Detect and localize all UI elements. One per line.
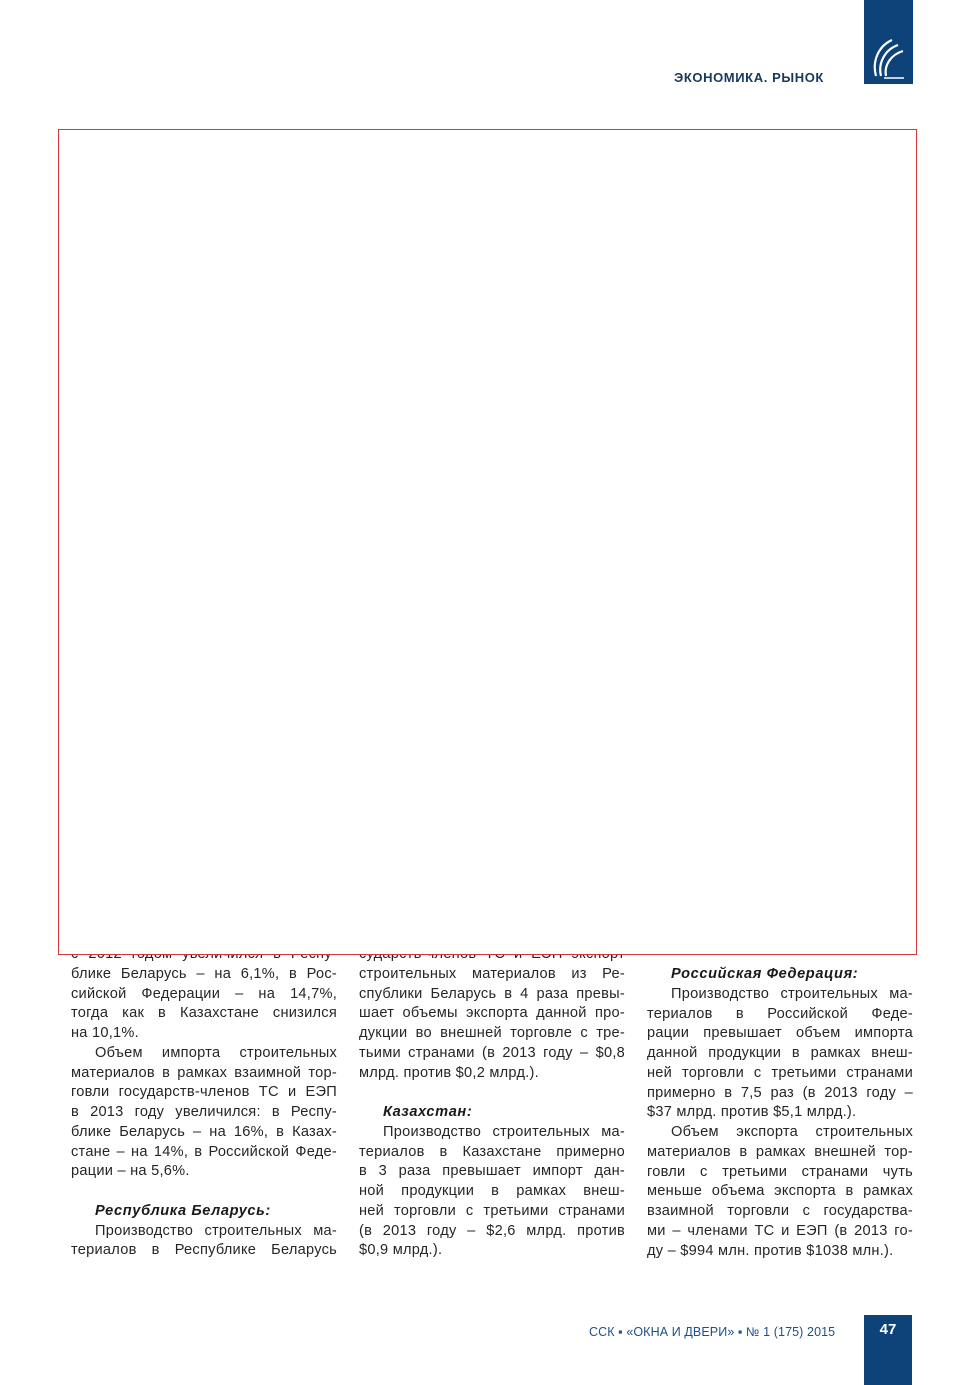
text-line: ной продукции в рамках внеш- (359, 1182, 625, 1202)
text-line: меньше объема экспорта в рамках (647, 1182, 913, 1202)
text-line: (в 2013 году – $2,6 млрд. против (359, 1222, 625, 1242)
text-line: примерно в 7,5 раз (в 2013 году – (647, 1084, 913, 1104)
text-line: в 2013 году увеличился: в Респу- (71, 1103, 337, 1123)
text-line: в 3 раза превышает импорт дан- (359, 1162, 625, 1182)
text-line: данной продукции в рамках внеш- (647, 1044, 913, 1064)
text-line: блике Беларусь – на 16%, в Казах- (71, 1123, 337, 1143)
text-line: ней торговли с третьими странами (359, 1202, 625, 1222)
text-line: блике Беларусь – на 6,1%, в Рос- (71, 965, 337, 985)
text-line: териалов в Казахстане примерно (359, 1143, 625, 1163)
text-line: шает объемы экспорта данной про- (359, 1004, 625, 1024)
text-line: ми – членами ТС и ЕЭП (в 2013 го- (647, 1222, 913, 1242)
text-line: взаимной торговли с государства- (647, 1202, 913, 1222)
text-line: ду – $994 млн. против $1038 млн.). (647, 1242, 913, 1262)
publication-footer: ССК ▪ «ОКНА И ДВЕРИ» ▪ № 1 (175) 2015 (589, 1325, 835, 1339)
text-line: сийской Федерации – на 14,7%, (71, 985, 337, 1005)
text-column-3: Российская Федерация: Производство строи… (647, 965, 913, 1261)
text-column-2: сударств-членов ТС и ЕЭП экспорт строите… (359, 945, 625, 1261)
section-title: ЭКОНОМИКА. РЫНОК (674, 70, 824, 85)
text-line: на 10,1%. (71, 1024, 337, 1044)
text-line: стане – на 14%, в Российской Феде- (71, 1143, 337, 1163)
text-line: тогда как в Казахстане снизился (71, 1004, 337, 1024)
text-line: Объем импорта строительных (71, 1044, 337, 1064)
text-line: рации – на 5,6%. (71, 1162, 337, 1182)
window-arcs-logo-icon (870, 36, 908, 80)
text-line: говли с третьими странами чуть (647, 1163, 913, 1183)
text-line: ней торговли с третьими странами (647, 1064, 913, 1084)
text-line: териалов в Республике Беларусь (71, 1241, 337, 1261)
text-line: материалов в рамках взаимной тор- (71, 1064, 337, 1084)
text-line: териалов в Российской Феде- (647, 1005, 913, 1025)
page-number-block: 47 (864, 1315, 912, 1385)
text-line: Производство строительных ма- (359, 1123, 625, 1143)
text-line: спублики Беларусь в 4 раза превы- (359, 985, 625, 1005)
redaction-box (58, 129, 917, 955)
text-line: строительных материалов из Ре- (359, 965, 625, 985)
text-line: материалов в рамках внешней тор- (647, 1143, 913, 1163)
text-line: тьими странами (в 2013 году – $0,8 (359, 1044, 625, 1064)
page-number: 47 (864, 1321, 912, 1338)
text-line: дукции во внешней торговле с тре- (359, 1024, 625, 1044)
text-line: $0,9 млрд.). (359, 1241, 625, 1261)
text-line: говли государств-членов ТС и ЕЭП (71, 1083, 337, 1103)
magazine-logo (864, 0, 913, 84)
subheading-kazakhstan: Казахстан: (383, 1103, 625, 1123)
text-line: Объем экспорта строительных (647, 1123, 913, 1143)
text-line: $37 млрд. против $5,1 млрд.). (647, 1103, 913, 1123)
subheading-russia: Российская Федерация: (671, 965, 913, 985)
text-line: млрд. против $0,2 млрд.). (359, 1064, 625, 1084)
subheading-belarus: Республика Беларусь: (95, 1202, 337, 1222)
text-line: Производство строительных ма- (647, 985, 913, 1005)
text-column-1: с 2012 годом увеличился в Респу- блике Б… (71, 945, 337, 1261)
text-line: Производство строительных ма- (71, 1222, 337, 1242)
text-line: рации превышает объем импорта (647, 1024, 913, 1044)
